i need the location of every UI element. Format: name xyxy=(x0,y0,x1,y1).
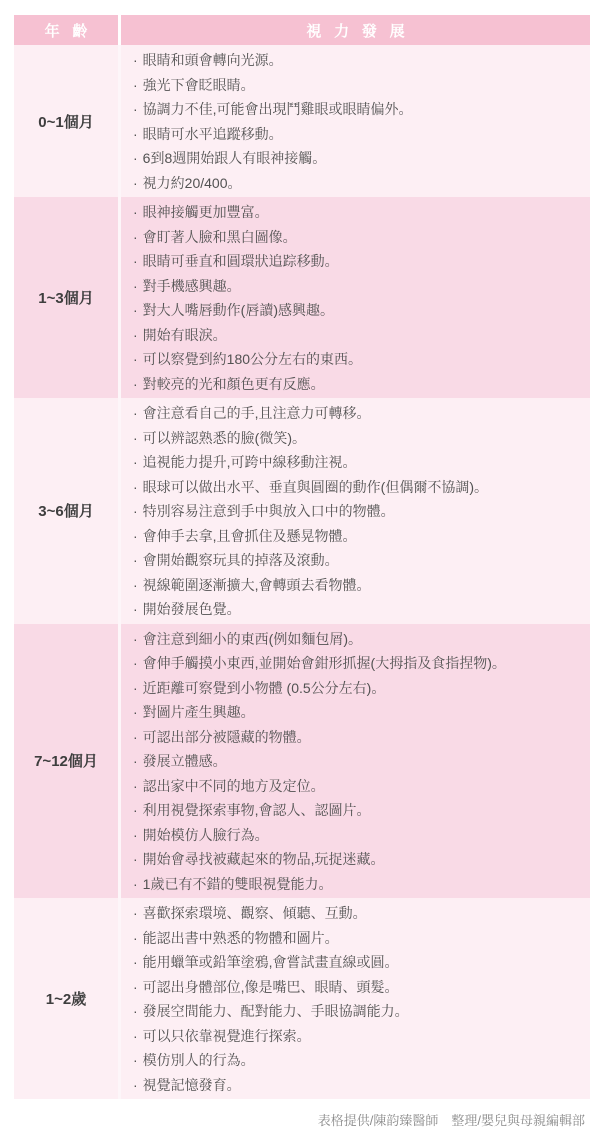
development-item-list: ·眼神接觸更加豐富。·會盯著人臉和黑白圖像。·眼睛可垂直和圓環狀追踪移動。·對手… xyxy=(121,197,590,398)
bullet-dot-icon: · xyxy=(133,700,138,725)
bullet-dot-icon: · xyxy=(133,372,138,397)
development-cell: ·眼神接觸更加豐富。·會盯著人臉和黑白圖像。·眼睛可垂直和圓環狀追踪移動。·對手… xyxy=(121,197,590,398)
bullet-dot-icon: · xyxy=(133,225,138,250)
development-cell: ·喜歡探索環境、觀察、傾聽、互動。·能認出書中熟悉的物體和圖片。·能用蠟筆或鉛筆… xyxy=(121,898,590,1099)
development-item: ·可以辨認熟悉的臉(微笑)。 xyxy=(133,426,584,451)
vision-development-table: 年齡 視力發展 0~1個月·眼睛和頭會轉向光源。·強光下會眨眼睛。·協調力不佳,… xyxy=(14,15,590,1129)
bullet-dot-icon: · xyxy=(133,475,138,500)
development-item: ·會盯著人臉和黑白圖像。 xyxy=(133,225,584,250)
development-item: ·對圖片產生興趣。 xyxy=(133,700,584,725)
development-item: ·開始會尋找被藏起來的物品,玩捉迷藏。 xyxy=(133,847,584,872)
development-item: ·視線範圍逐漸擴大,會轉頭去看物體。 xyxy=(133,573,584,598)
development-item: ·可認出身體部位,像是嘴巴、眼睛、頭髮。 xyxy=(133,975,584,1000)
development-item: ·對較亮的光和顏色更有反應。 xyxy=(133,372,584,397)
development-item: ·可認出部分被隱藏的物體。 xyxy=(133,725,584,750)
bullet-dot-icon: · xyxy=(133,749,138,774)
development-item: ·眼睛可水平追蹤移動。 xyxy=(133,122,584,147)
age-range-label: 3~6個月 xyxy=(14,398,118,624)
development-item: ·對大人嘴唇動作(唇讀)感興趣。 xyxy=(133,298,584,323)
age-range-label: 1~2歲 xyxy=(14,898,118,1099)
development-item: ·眼睛和頭會轉向光源。 xyxy=(133,48,584,73)
development-item: ·眼神接觸更加豐富。 xyxy=(133,200,584,225)
development-item: ·追視能力提升,可跨中線移動注視。 xyxy=(133,450,584,475)
development-item: ·利用視覺探索事物,會認人、認圖片。 xyxy=(133,798,584,823)
bullet-dot-icon: · xyxy=(133,847,138,872)
bullet-dot-icon: · xyxy=(133,323,138,348)
bullet-dot-icon: · xyxy=(133,146,138,171)
development-item: ·發展空間能力、配對能力、手眼協調能力。 xyxy=(133,999,584,1024)
age-range-label: 0~1個月 xyxy=(14,45,118,197)
development-item: ·開始模仿人臉行為。 xyxy=(133,823,584,848)
development-cell: ·會注意到細小的東西(例如麵包屑)。·會伸手觸摸小東西,並開始會鉗形抓握(大拇指… xyxy=(121,624,590,899)
bullet-dot-icon: · xyxy=(133,872,138,897)
header-development-column: 視力發展 xyxy=(121,15,590,45)
development-item: ·6到8週開始跟人有眼神接觸。 xyxy=(133,146,584,171)
table-row: 1~2歲·喜歡探索環境、觀察、傾聽、互動。·能認出書中熟悉的物體和圖片。·能用蠟… xyxy=(14,898,590,1099)
bullet-dot-icon: · xyxy=(133,597,138,622)
development-item-list: ·會注意到細小的東西(例如麵包屑)。·會伸手觸摸小東西,並開始會鉗形抓握(大拇指… xyxy=(121,624,590,899)
table-body: 0~1個月·眼睛和頭會轉向光源。·強光下會眨眼睛。·協調力不佳,可能會出現鬥雞眼… xyxy=(14,45,590,1099)
development-cell: ·會注意看自己的手,且注意力可轉移。·可以辨認熟悉的臉(微笑)。·追視能力提升,… xyxy=(121,398,590,624)
bullet-dot-icon: · xyxy=(133,651,138,676)
development-item: ·1歲已有不錯的雙眼視覺能力。 xyxy=(133,872,584,897)
development-cell: ·眼睛和頭會轉向光源。·強光下會眨眼睛。·協調力不佳,可能會出現鬥雞眼或眼睛偏外… xyxy=(121,45,590,197)
development-item: ·特別容易注意到手中與放入口中的物體。 xyxy=(133,499,584,524)
development-item: ·認出家中不同的地方及定位。 xyxy=(133,774,584,799)
bullet-dot-icon: · xyxy=(133,798,138,823)
development-item: ·協調力不佳,可能會出現鬥雞眼或眼睛偏外。 xyxy=(133,97,584,122)
bullet-dot-icon: · xyxy=(133,975,138,1000)
bullet-dot-icon: · xyxy=(133,401,138,426)
credit-line: 表格提供/陳韵臻醫師 整理/嬰兒與母親編輯部 xyxy=(14,1110,590,1129)
bullet-dot-icon: · xyxy=(133,171,138,196)
development-item: ·可以只依靠視覺進行探索。 xyxy=(133,1024,584,1049)
bullet-dot-icon: · xyxy=(133,200,138,225)
bullet-dot-icon: · xyxy=(133,73,138,98)
development-item: ·視力約20/400。 xyxy=(133,171,584,196)
bullet-dot-icon: · xyxy=(133,298,138,323)
development-item: ·能用蠟筆或鉛筆塗鴉,會嘗試畫直線或圓。 xyxy=(133,950,584,975)
bullet-dot-icon: · xyxy=(133,450,138,475)
bullet-dot-icon: · xyxy=(133,548,138,573)
bullet-dot-icon: · xyxy=(133,823,138,848)
development-item: ·對手機感興趣。 xyxy=(133,274,584,299)
bullet-dot-icon: · xyxy=(133,524,138,549)
bullet-dot-icon: · xyxy=(133,48,138,73)
bullet-dot-icon: · xyxy=(133,950,138,975)
table-row: 3~6個月·會注意看自己的手,且注意力可轉移。·可以辨認熟悉的臉(微笑)。·追視… xyxy=(14,398,590,624)
development-item: ·強光下會眨眼睛。 xyxy=(133,73,584,98)
bullet-dot-icon: · xyxy=(133,1024,138,1049)
age-range-label: 1~3個月 xyxy=(14,197,118,398)
page: 年齡 視力發展 0~1個月·眼睛和頭會轉向光源。·強光下會眨眼睛。·協調力不佳,… xyxy=(0,0,600,1133)
development-item: ·模仿別人的行為。 xyxy=(133,1048,584,1073)
development-item: ·會伸手去拿,且會抓住及懸晃物體。 xyxy=(133,524,584,549)
bullet-dot-icon: · xyxy=(133,999,138,1024)
development-item-list: ·眼睛和頭會轉向光源。·強光下會眨眼睛。·協調力不佳,可能會出現鬥雞眼或眼睛偏外… xyxy=(121,45,590,197)
development-item: ·喜歡探索環境、觀察、傾聽、互動。 xyxy=(133,901,584,926)
bullet-dot-icon: · xyxy=(133,627,138,652)
bullet-dot-icon: · xyxy=(133,347,138,372)
bullet-dot-icon: · xyxy=(133,499,138,524)
table-row: 0~1個月·眼睛和頭會轉向光源。·強光下會眨眼睛。·協調力不佳,可能會出現鬥雞眼… xyxy=(14,45,590,197)
bullet-dot-icon: · xyxy=(133,901,138,926)
development-item: ·開始發展色覺。 xyxy=(133,597,584,622)
development-item: ·會伸手觸摸小東西,並開始會鉗形抓握(大拇指及食指捏物)。 xyxy=(133,651,584,676)
development-item: ·能認出書中熟悉的物體和圖片。 xyxy=(133,926,584,951)
development-item-list: ·喜歡探索環境、觀察、傾聽、互動。·能認出書中熟悉的物體和圖片。·能用蠟筆或鉛筆… xyxy=(121,898,590,1099)
bullet-dot-icon: · xyxy=(133,97,138,122)
development-item: ·可以察覺到約180公分左右的東西。 xyxy=(133,347,584,372)
header-age-column: 年齡 xyxy=(14,15,118,45)
bullet-dot-icon: · xyxy=(133,725,138,750)
table-row: 1~3個月·眼神接觸更加豐富。·會盯著人臉和黑白圖像。·眼睛可垂直和圓環狀追踪移… xyxy=(14,197,590,398)
bullet-dot-icon: · xyxy=(133,249,138,274)
development-item: ·會開始觀察玩具的掉落及滾動。 xyxy=(133,548,584,573)
development-item: ·發展立體感。 xyxy=(133,749,584,774)
bullet-dot-icon: · xyxy=(133,1048,138,1073)
development-item: ·視覺記憶發育。 xyxy=(133,1073,584,1098)
development-item: ·會注意到細小的東西(例如麵包屑)。 xyxy=(133,627,584,652)
development-item: ·會注意看自己的手,且注意力可轉移。 xyxy=(133,401,584,426)
bullet-dot-icon: · xyxy=(133,122,138,147)
bullet-dot-icon: · xyxy=(133,1073,138,1098)
development-item: ·開始有眼淚。 xyxy=(133,323,584,348)
development-item: ·近距離可察覺到小物體 (0.5公分左右)。 xyxy=(133,676,584,701)
bullet-dot-icon: · xyxy=(133,774,138,799)
development-item: ·眼睛可垂直和圓環狀追踪移動。 xyxy=(133,249,584,274)
development-item-list: ·會注意看自己的手,且注意力可轉移。·可以辨認熟悉的臉(微笑)。·追視能力提升,… xyxy=(121,398,590,624)
bullet-dot-icon: · xyxy=(133,426,138,451)
age-range-label: 7~12個月 xyxy=(14,624,118,899)
bullet-dot-icon: · xyxy=(133,926,138,951)
development-item: ·眼球可以做出水平、垂直與圓圈的動作(但偶爾不協調)。 xyxy=(133,475,584,500)
table-header: 年齡 視力發展 xyxy=(14,15,590,45)
bullet-dot-icon: · xyxy=(133,274,138,299)
bullet-dot-icon: · xyxy=(133,573,138,598)
table-row: 7~12個月·會注意到細小的東西(例如麵包屑)。·會伸手觸摸小東西,並開始會鉗形… xyxy=(14,624,590,899)
bullet-dot-icon: · xyxy=(133,676,138,701)
